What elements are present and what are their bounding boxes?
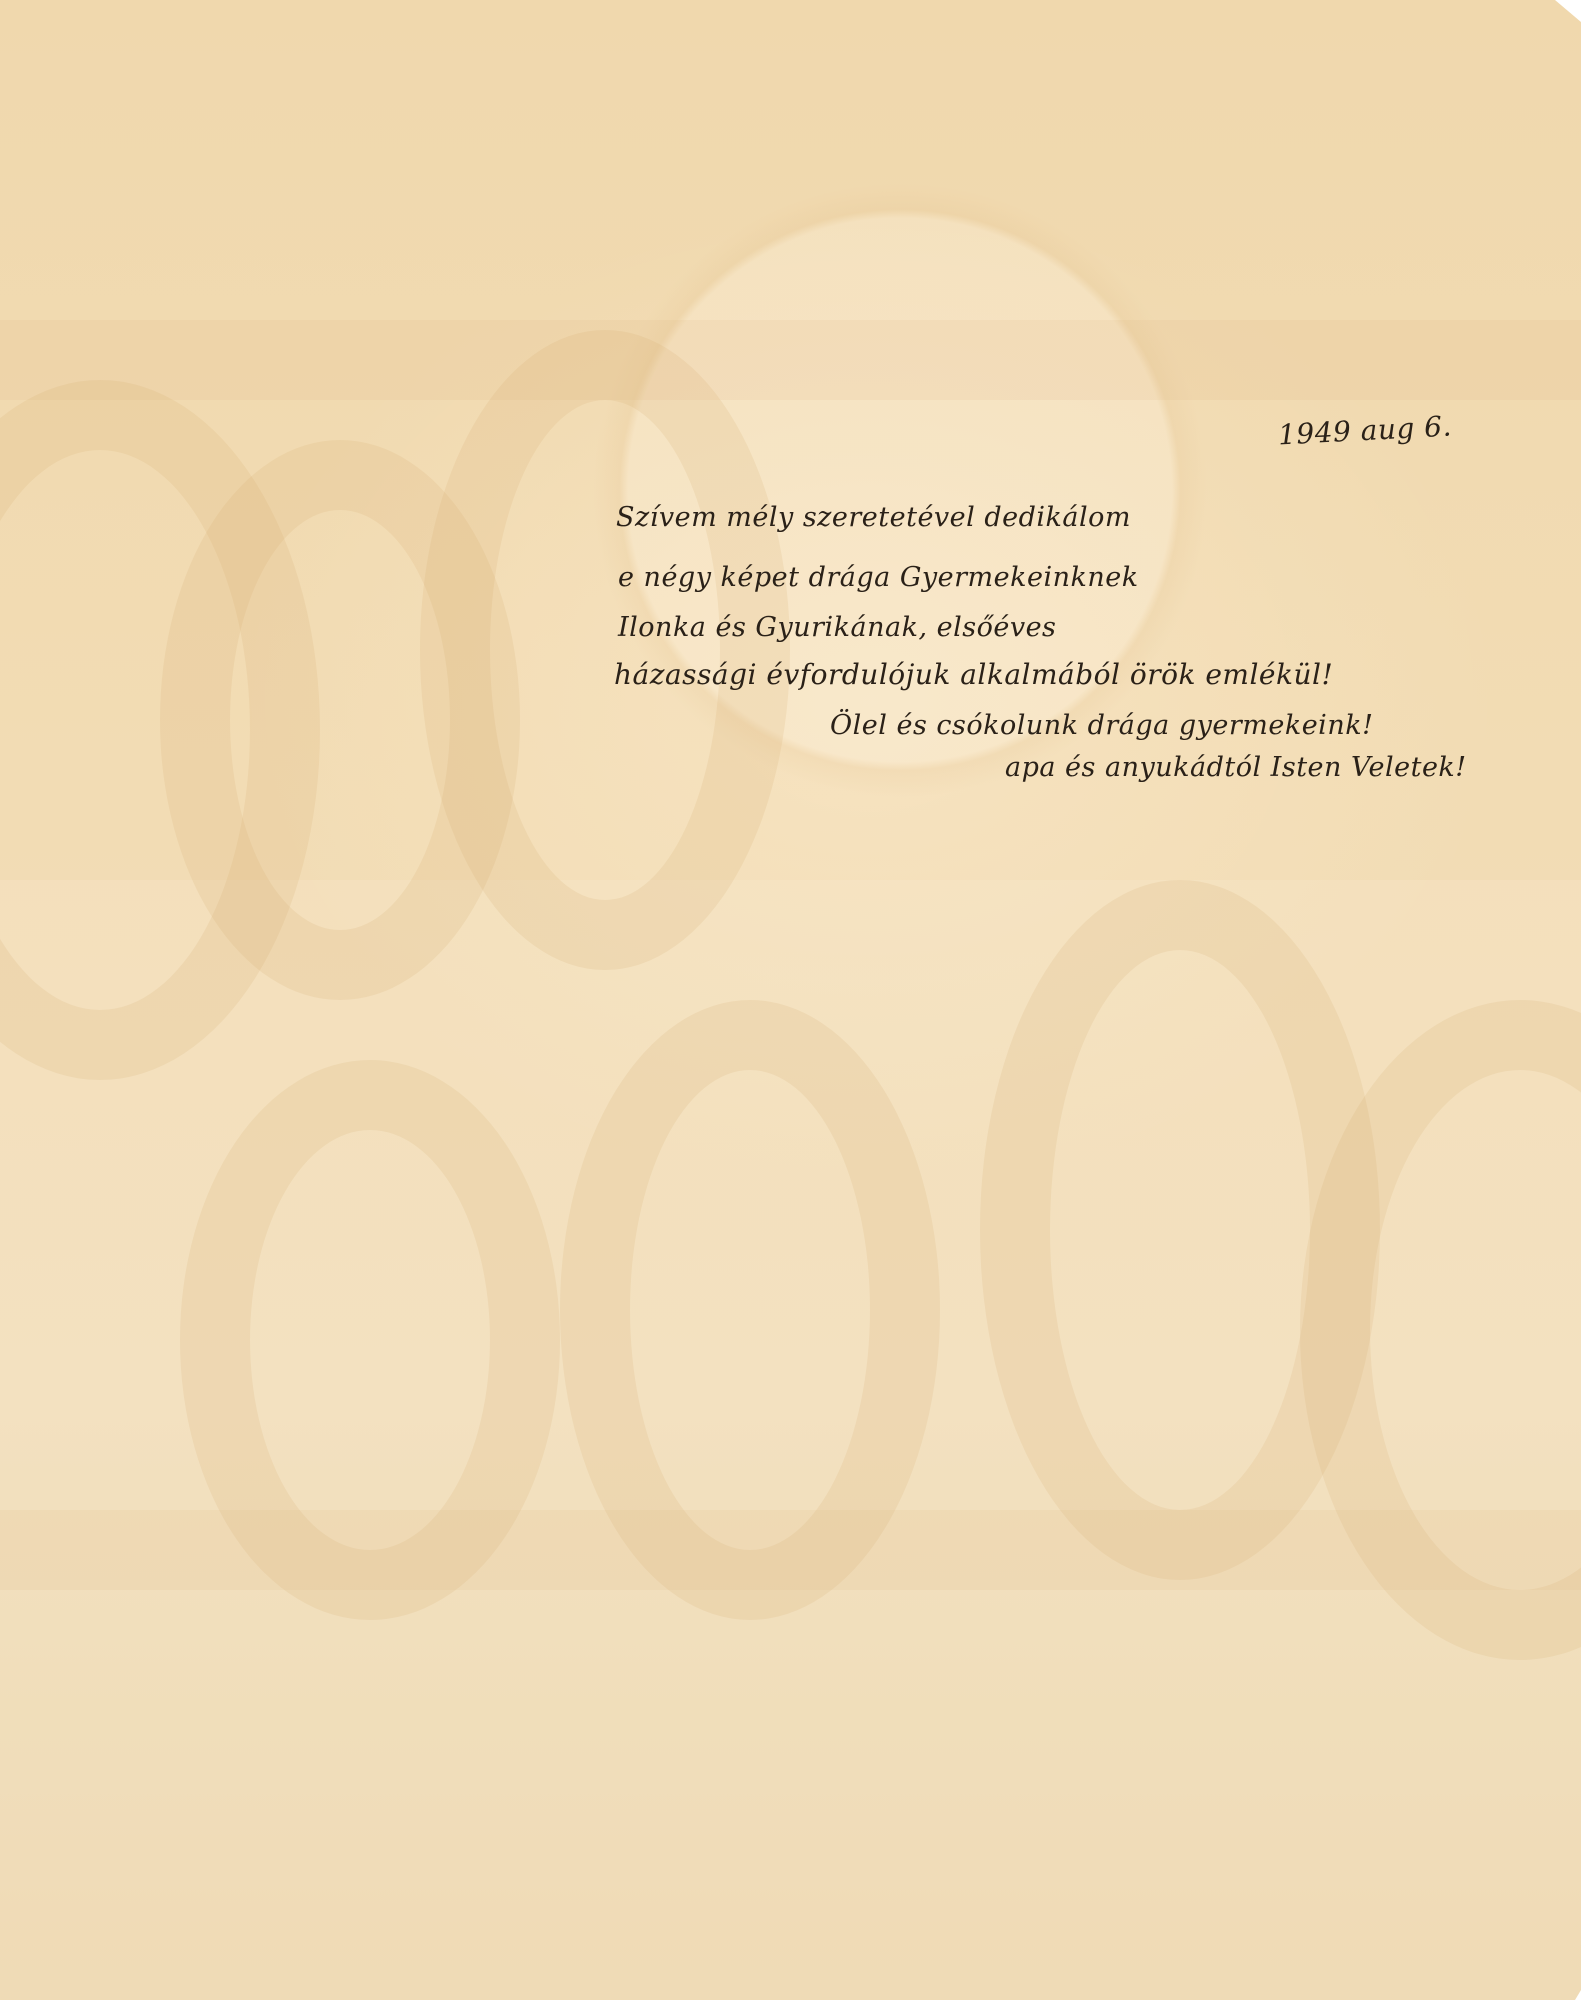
dedication-line-2: e négy képet drága Gyermekeinknek bbox=[618, 562, 1139, 593]
dedication-line-3: Ilonka és Gyurikának, elsőéves bbox=[618, 612, 1056, 643]
show-through-print-band-top bbox=[0, 320, 1581, 400]
dedication-line-1: Szívem mély szeretetével dedikálom bbox=[616, 502, 1131, 533]
show-through-letter-shape bbox=[1300, 1000, 1581, 1660]
show-through-letter-shape bbox=[160, 440, 520, 1000]
paper-sheet: 1949 aug 6. Szívem mély szeretetével ded… bbox=[0, 0, 1581, 2000]
show-through-circle-emblem bbox=[590, 180, 1210, 800]
handwritten-date: 1949 aug 6. bbox=[1277, 409, 1452, 451]
dedication-line-4: házassági évfordulójuk alkalmából örök e… bbox=[614, 658, 1333, 691]
show-through-letter-shape bbox=[0, 380, 320, 1080]
signature-line: apa és anyukádtól Isten Veletek! bbox=[1005, 752, 1467, 783]
show-through-letter-shape bbox=[420, 330, 790, 970]
show-through-lighter-area bbox=[0, 880, 1581, 2000]
show-through-letter-shape bbox=[180, 1060, 560, 1620]
dedication-line-5: Ölel és csókolunk drága gyermekeink! bbox=[830, 710, 1373, 741]
show-through-letter-shape bbox=[560, 1000, 940, 1620]
show-through-letter-shape bbox=[980, 880, 1380, 1580]
show-through-print-band-bottom bbox=[0, 1510, 1581, 1590]
